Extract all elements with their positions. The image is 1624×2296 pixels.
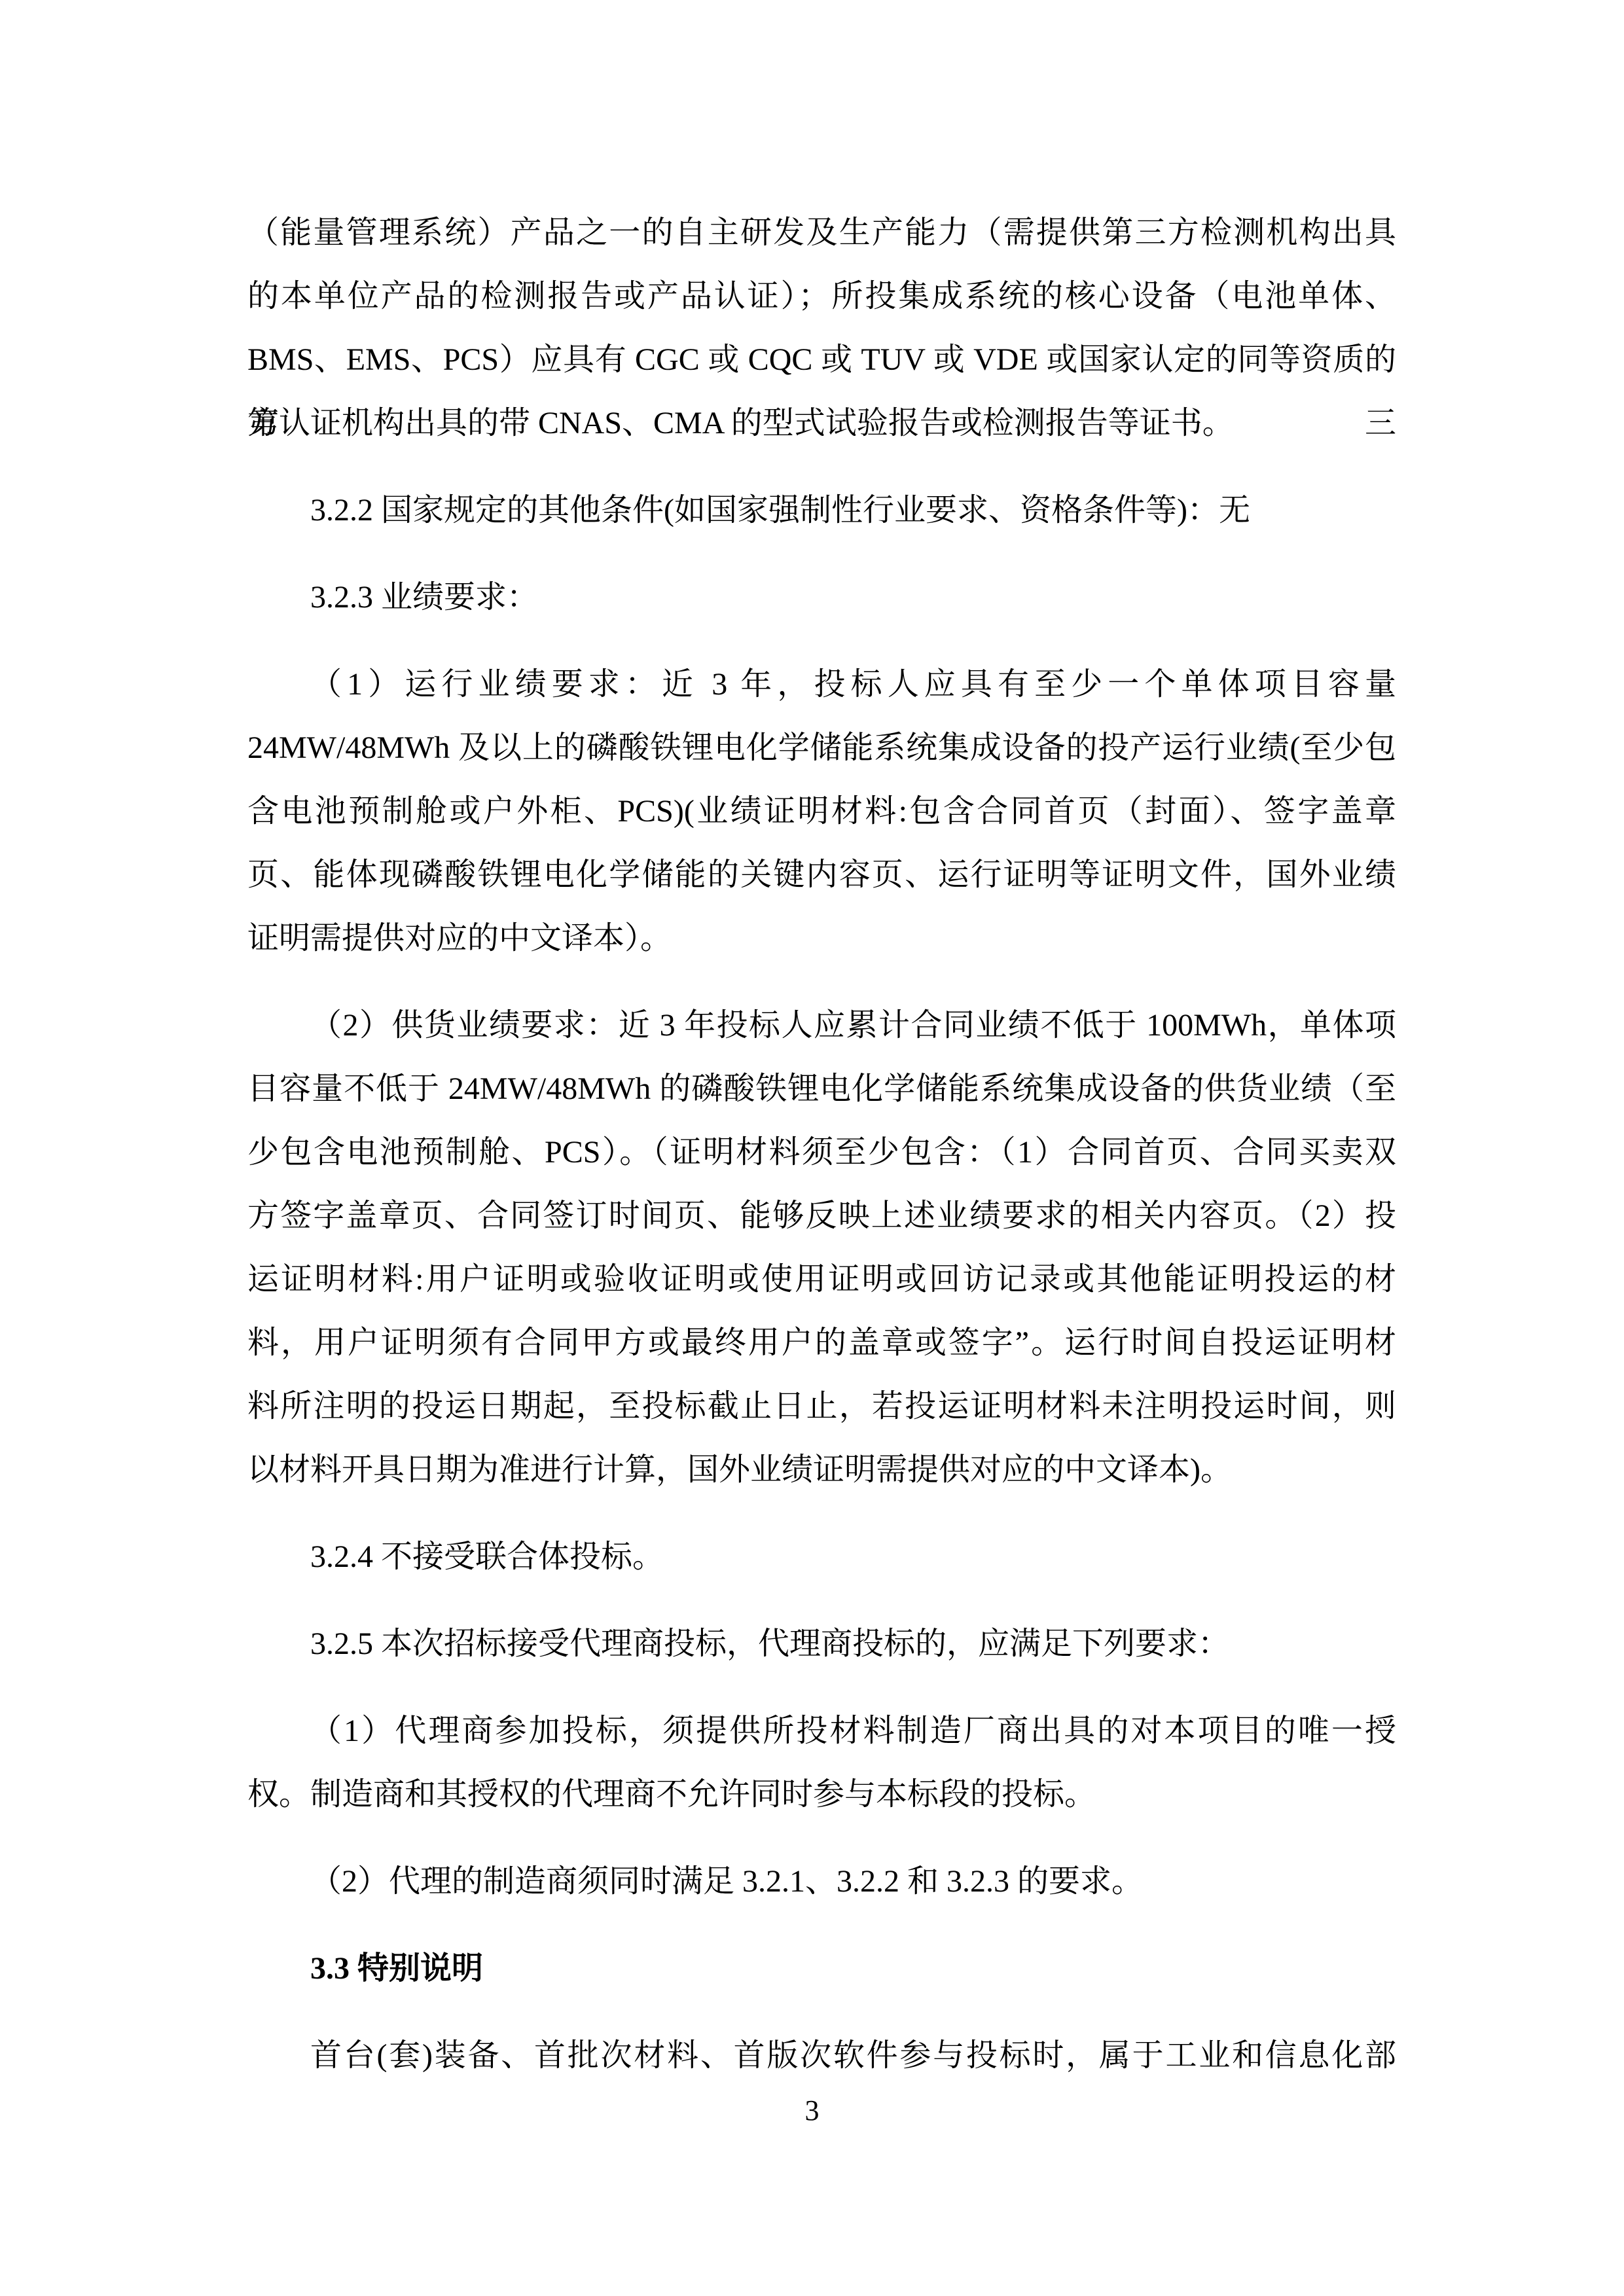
text-line: 3.2.3 业绩要求： xyxy=(247,565,1396,629)
para-3-2-5: 3.2.5 本次招标接受代理商投标，代理商投标的，应满足下列要求： xyxy=(247,1612,1396,1676)
text-line: 页、能体现磷酸铁锂电化学储能的关键内容页、运行证明等证明文件，国外业绩 xyxy=(247,843,1396,906)
para-3-3-body: 首台(套)装备、首批次材料、首版次软件参与投标时，属于工业和信息化部 xyxy=(247,2024,1396,2087)
text-line: 料，用户证明须有合同甲方或最终用户的盖章或签字”。运行时间自投运证明材 xyxy=(247,1311,1396,1374)
text-line: （能量管理系统）产品之一的自主研发及生产能力（需提供第三方检测机构出具 xyxy=(247,201,1396,264)
text-line: （2）供货业绩要求：近 3 年投标人应累计合同业绩不低于 100MWh，单体项 xyxy=(247,994,1396,1057)
text-line: 首台(套)装备、首批次材料、首版次软件参与投标时，属于工业和信息化部 xyxy=(247,2024,1396,2087)
text-line: 24MW/48MWh 及以上的磷酸铁锂电化学储能系统集成设备的投产运行业绩(至少… xyxy=(247,716,1396,780)
document-page: （能量管理系统）产品之一的自主研发及生产能力（需提供第三方检测机构出具 的本单位… xyxy=(0,0,1624,2296)
text-line: 运证明材料:用户证明或验收证明或使用证明或回访记录或其他能证明投运的材 xyxy=(247,1247,1396,1311)
heading-3-3: 3.3 特别说明 xyxy=(247,1937,1396,2000)
text-line: 少包含电池预制舱、PCS）。（证明材料须至少包含：（1）合同首页、合同买卖双 xyxy=(247,1121,1396,1184)
text-line: BMS、EMS、PCS）应具有 CGC 或 CQC 或 TUV 或 VDE 或国… xyxy=(247,328,1396,391)
text-line: 方认证机构出具的带 CNAS、CMA 的型式试验报告或检测报告等证书。 xyxy=(247,391,1396,455)
text-line: 料所注明的投运日期起，至投标截止日止，若投运证明材料未注明投运时间，则 xyxy=(247,1374,1396,1438)
para-3-2-3: 3.2.3 业绩要求： xyxy=(247,565,1396,629)
text-line: 3.2.5 本次招标接受代理商投标，代理商投标的，应满足下列要求： xyxy=(247,1612,1396,1676)
para-3-2-5-item-1: （1）代理商参加投标，须提供所投材料制造厂商出具的对本项目的唯一授 权。制造商和… xyxy=(247,1699,1396,1826)
text-line: 3.2.2 国家规定的其他条件(如国家强制性行业要求、资格条件等)：无 xyxy=(247,478,1396,542)
para-continuation-qualification: （能量管理系统）产品之一的自主研发及生产能力（需提供第三方检测机构出具 的本单位… xyxy=(247,201,1396,455)
text-line: 的本单位产品的检测报告或产品认证）；所投集成系统的核心设备（电池单体、 xyxy=(247,264,1396,328)
text-line: 权。制造商和其授权的代理商不允许同时参与本标段的投标。 xyxy=(247,1763,1396,1826)
text-line: 3.2.4 不接受联合体投标。 xyxy=(247,1525,1396,1588)
para-3-2-4: 3.2.4 不接受联合体投标。 xyxy=(247,1525,1396,1588)
para-3-2-5-item-2: （2）代理的制造商须同时满足 3.2.1、3.2.2 和 3.2.3 的要求。 xyxy=(247,1850,1396,1913)
para-3-2-3-item-1: （1）运行业绩要求：近 3 年，投标人应具有至少一个单体项目容量 24MW/48… xyxy=(247,653,1396,970)
para-3-2-3-item-2: （2）供货业绩要求：近 3 年投标人应累计合同业绩不低于 100MWh，单体项 … xyxy=(247,994,1396,1501)
text-line: （1）运行业绩要求：近 3 年，投标人应具有至少一个单体项目容量 xyxy=(247,653,1396,716)
text-line: 以材料开具日期为准进行计算，国外业绩证明需提供对应的中文译本)。 xyxy=(247,1438,1396,1501)
text-line: 含电池预制舱或户外柜、PCS)(业绩证明材料:包含合同首页（封面）、签字盖章 xyxy=(247,780,1396,843)
section-heading: 3.3 特别说明 xyxy=(247,1937,1396,2000)
text-line: 方签字盖章页、合同签订时间页、能够反映上述业绩要求的相关内容页。（2）投 xyxy=(247,1184,1396,1247)
text-line: （1）代理商参加投标，须提供所投材料制造厂商出具的对本项目的唯一授 xyxy=(247,1699,1396,1763)
text-line: （2）代理的制造商须同时满足 3.2.1、3.2.2 和 3.2.3 的要求。 xyxy=(247,1850,1396,1913)
document-body: （能量管理系统）产品之一的自主研发及生产能力（需提供第三方检测机构出具 的本单位… xyxy=(247,201,1396,2111)
text-line: 目容量不低于 24MW/48MWh 的磷酸铁锂电化学储能系统集成设备的供货业绩（… xyxy=(247,1057,1396,1121)
para-3-2-2: 3.2.2 国家规定的其他条件(如国家强制性行业要求、资格条件等)：无 xyxy=(247,478,1396,542)
text-line: 证明需提供对应的中文译本）。 xyxy=(247,906,1396,970)
page-number: 3 xyxy=(0,2091,1624,2130)
